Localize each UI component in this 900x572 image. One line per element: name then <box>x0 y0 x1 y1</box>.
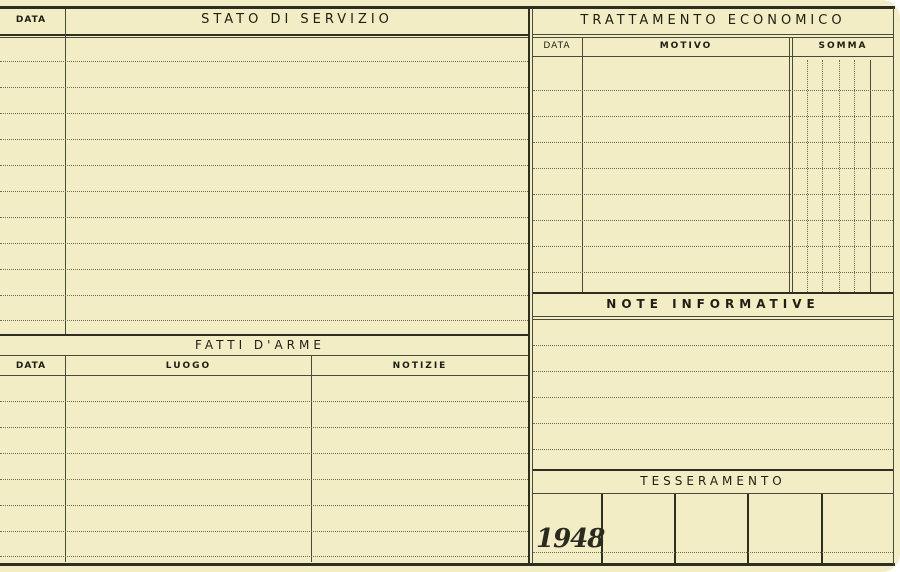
stato-row-line <box>0 269 528 270</box>
stato-data-header: DATA <box>0 15 62 25</box>
top-border <box>0 6 895 9</box>
trattamento-title-rule-2 <box>533 37 893 38</box>
note-row-line <box>533 423 893 424</box>
stato-row-line <box>0 243 528 244</box>
stato-di-servizio-title: STATO DI SERVIZIO <box>66 12 528 27</box>
fatti-row-line <box>0 401 528 402</box>
somma-subcolumn <box>807 60 808 292</box>
stato-row-line <box>0 87 528 88</box>
fatti-header-rule <box>0 375 528 376</box>
fatti-row-line <box>0 453 528 454</box>
stato-row-line <box>0 165 528 166</box>
stato-row-line <box>0 295 528 296</box>
trattamento-row-line <box>533 246 893 247</box>
stato-row-line <box>0 139 528 140</box>
bottom-border <box>0 563 895 566</box>
stato-header-rule-2 <box>0 37 528 38</box>
fatti-data-header: DATA <box>0 361 62 371</box>
trattamento-row-line <box>533 272 893 273</box>
note-row-line <box>533 371 893 372</box>
tesseramento-cell-divider <box>674 494 676 564</box>
trattamento-data-header: DATA <box>533 41 581 51</box>
trattamento-row-line <box>533 142 893 143</box>
note-top-rule <box>533 292 893 294</box>
fatti-top-rule <box>0 334 528 336</box>
somma-subcolumn <box>839 60 840 292</box>
trattamento-row-line <box>533 168 893 169</box>
fatti-row-line <box>0 505 528 506</box>
fatti-row-line <box>0 531 528 532</box>
center-divider <box>528 8 530 566</box>
tesseramento-top-rule <box>533 469 893 471</box>
trattamento-row-line <box>533 220 893 221</box>
note-row-line <box>533 449 893 450</box>
stato-header-rule <box>0 34 528 36</box>
note-title-rule <box>533 316 893 317</box>
trattamento-motivo-header: MOTIVO <box>583 41 789 51</box>
trattamento-title-rule <box>533 34 893 35</box>
stato-row-line <box>0 217 528 218</box>
right-border <box>893 8 894 566</box>
somma-decimal-divider <box>870 60 871 292</box>
somma-subcolumn <box>822 60 823 292</box>
fatti-title-rule <box>0 355 528 356</box>
note-row-line <box>533 397 893 398</box>
trattamento-header-rule <box>533 56 893 57</box>
trattamento-row-line <box>533 90 893 91</box>
tesseramento-cell-divider <box>821 494 823 564</box>
note-title-rule-2 <box>533 319 893 320</box>
trattamento-row-line <box>533 194 893 195</box>
fatti-notizie-header: NOTIZIE <box>312 361 528 371</box>
tesseramento-title: TESSERAMENTO <box>533 474 893 488</box>
fatti-row-line <box>0 427 528 428</box>
trattamento-row-line <box>533 116 893 117</box>
tesseramento-year-1948: 1948 <box>536 524 604 554</box>
stato-row-line <box>0 320 528 321</box>
stato-data-divider <box>65 9 66 334</box>
tesseramento-cell-divider <box>747 494 749 564</box>
fatti-luogo-header: LUOGO <box>66 361 311 371</box>
trattamento-data-divider <box>582 38 583 292</box>
stato-row-line <box>0 191 528 192</box>
note-informative-title: NOTE INFORMATIVE <box>533 297 893 311</box>
stato-row-line <box>0 113 528 114</box>
note-row-line <box>533 345 893 346</box>
fatti-row-line <box>0 479 528 480</box>
fatti-darme-title: FATTI D'ARME <box>0 338 520 352</box>
fatti-row-line <box>0 556 528 557</box>
somma-subcolumn <box>854 60 855 292</box>
trattamento-motivo-divider <box>789 38 790 292</box>
trattamento-somma-header: SOMMA <box>793 41 893 51</box>
stato-row-line <box>0 61 528 62</box>
trattamento-economico-title: TRATTAMENTO ECONOMICO <box>533 13 893 28</box>
trattamento-motivo-divider-2 <box>792 38 793 292</box>
tesseramento-title-rule <box>533 493 893 494</box>
service-record-card: DATA STATO DI SERVIZIO FATTI D'ARME DATA… <box>0 0 900 572</box>
